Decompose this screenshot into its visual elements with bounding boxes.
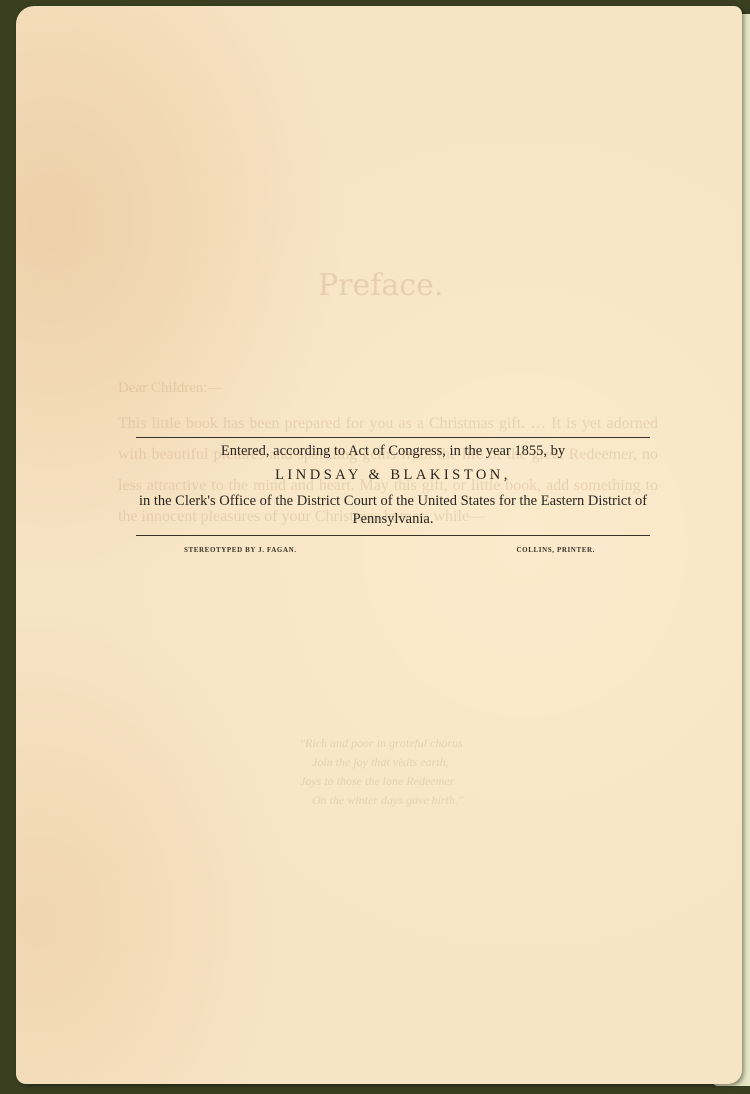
bleed-through-title: Preface. [318, 268, 443, 303]
verse-line: Joys to those the lone Redeemer [300, 772, 463, 791]
publisher-name: LINDSAY & BLAKISTON, [136, 467, 650, 484]
verse-line: "Rich and poor in grateful chorus [300, 734, 463, 753]
stereotyper-credit: STEREOTYPED BY J. FAGAN. [184, 546, 297, 554]
office-line: in the Clerk's Office of the District Co… [136, 492, 650, 528]
printer-credit: COLLINS, PRINTER. [517, 546, 595, 554]
bleed-through-verse: "Rich and poor in grateful chorus Join t… [300, 734, 463, 810]
verse-line: Join the joy that visits earth, [300, 753, 463, 772]
entered-line: Entered, according to Act of Congress, i… [136, 443, 650, 460]
bleed-through-salutation: Dear Children:— [118, 380, 223, 397]
copyright-imprint: Entered, according to Act of Congress, i… [136, 437, 650, 554]
verse-line: On the winter days gave birth." [300, 791, 463, 810]
credits-row: STEREOTYPED BY J. FAGAN. COLLINS, PRINTE… [136, 536, 650, 554]
top-rule [136, 437, 650, 438]
